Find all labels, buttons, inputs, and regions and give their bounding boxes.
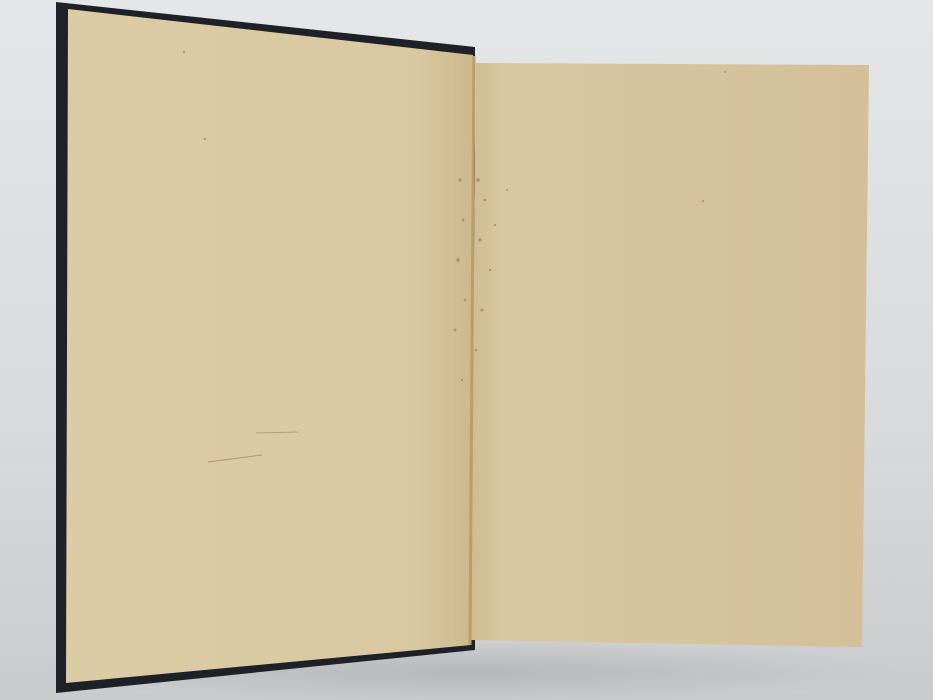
right-page bbox=[470, 63, 869, 647]
left-page bbox=[66, 9, 473, 683]
book-illustration bbox=[0, 0, 933, 700]
book-photo-scene bbox=[0, 0, 933, 700]
